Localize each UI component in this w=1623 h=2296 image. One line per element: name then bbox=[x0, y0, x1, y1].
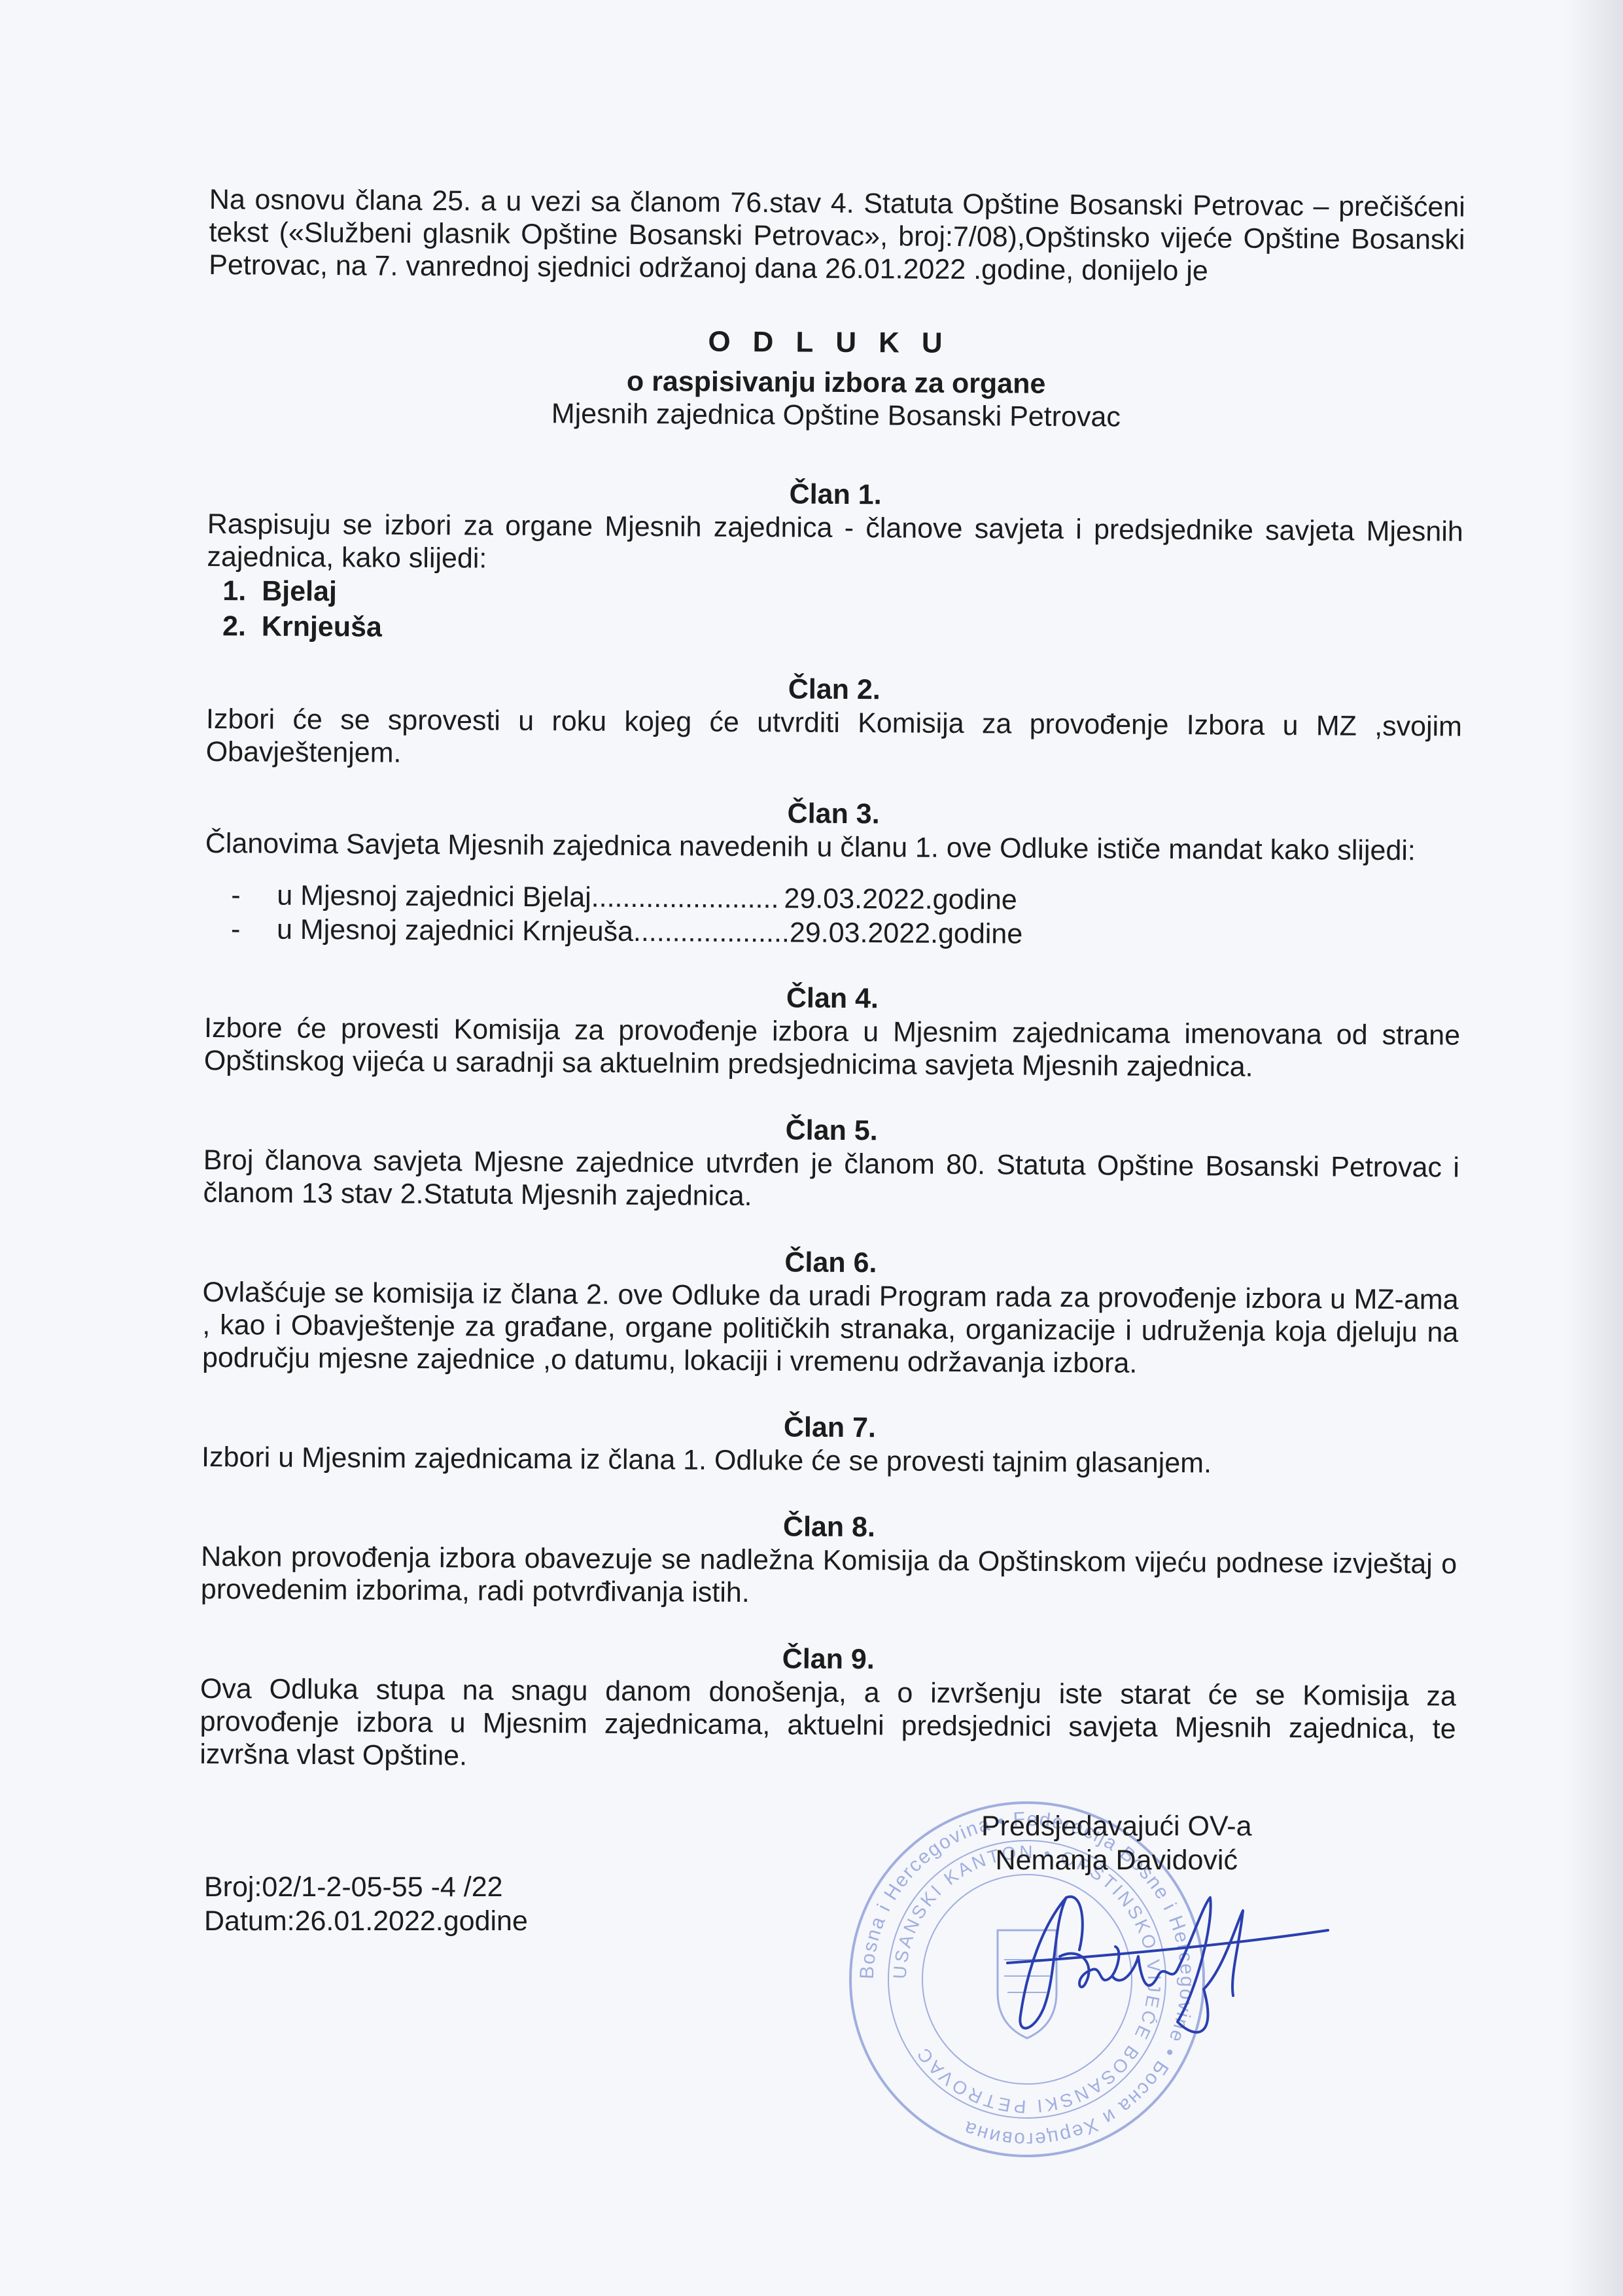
article-1: Član 1. Raspisuju se izbori za organe Mj… bbox=[207, 474, 1464, 652]
article-text: Nakon provođenja izbora obavezuje se nad… bbox=[201, 1540, 1457, 1614]
document-body: Na osnovu člana 25. a u vezi sa članom 7… bbox=[200, 183, 1465, 1803]
article-text: Izbori će se sprovesti u roku kojeg će u… bbox=[206, 703, 1463, 776]
article-text: Ovlašćuje se komisija iz člana 2. ove Od… bbox=[202, 1276, 1459, 1382]
article-2: Član 2. Izbori će se sprovesti u roku ko… bbox=[206, 669, 1463, 776]
article-3: Član 3. Članovima Savjeta Mjesnih zajedn… bbox=[205, 793, 1461, 954]
signature-block: Predsjedavajući OV-a Nemanja Davidović bbox=[981, 1809, 1252, 1877]
article-8: Član 8. Nakon provođenja izbora obavezuj… bbox=[201, 1506, 1457, 1614]
document-subtitle-2: Mjesnih zajednica Opštine Bosanski Petro… bbox=[208, 395, 1464, 436]
article-5: Član 5. Broj članova savjeta Mjesne zaje… bbox=[203, 1110, 1459, 1217]
reference-number: Broj:02/1-2-05-55 -4 /22 bbox=[204, 1870, 528, 1904]
leader-dots: .................... bbox=[633, 915, 790, 949]
article-9: Član 9. Ova Odluka stupa na snagu danom … bbox=[200, 1638, 1456, 1778]
community-list: Bjelaj Krnjeuša bbox=[207, 573, 1463, 652]
preamble: Na osnovu člana 25. a u vezi sa članom 7… bbox=[209, 183, 1465, 289]
dash-bullet: - bbox=[231, 912, 277, 946]
signatory-name: Nemanja Davidović bbox=[981, 1843, 1252, 1877]
leader-dots: ........................ bbox=[591, 881, 779, 916]
article-7: Član 7. Izbori u Mjesnim zajednicama iz … bbox=[201, 1407, 1458, 1481]
document-reference: Broj:02/1-2-05-55 -4 /22 Datum:26.01.202… bbox=[204, 1870, 528, 1938]
article-text: Članovima Savjeta Mjesnih zajednica nave… bbox=[205, 827, 1461, 868]
scan-edge-shadow bbox=[1564, 0, 1623, 2296]
list-item: Krnjeuša bbox=[254, 609, 1463, 651]
mandate-list: - u Mjesnoj zajednici Bjelaj............… bbox=[205, 878, 1461, 954]
article-text: Izbore će provesti Komisija za provođenj… bbox=[204, 1012, 1461, 1085]
dash-bullet: - bbox=[231, 878, 277, 912]
article-text: Ova Odluka stupa na snagu danom donošenj… bbox=[200, 1672, 1456, 1778]
mandate-label: u Mjesnoj zajednici Bjelaj bbox=[277, 879, 591, 915]
handwritten-signature-icon bbox=[981, 1884, 1335, 2055]
article-text: Broj članova savjeta Mjesne zajednice ut… bbox=[203, 1144, 1459, 1217]
article-text: Raspisuju se izbori za organe Mjesnih za… bbox=[207, 508, 1463, 581]
mandate-label: u Mjesnoj zajednici Krnjeuša bbox=[277, 913, 633, 949]
signatory-role: Predsjedavajući OV-a bbox=[981, 1809, 1252, 1843]
article-text: Izbori u Mjesnim zajednicama iz člana 1.… bbox=[201, 1441, 1457, 1481]
mandate-date: 29.03.2022.godine bbox=[784, 881, 1017, 917]
reference-date: Datum:26.01.2022.godine bbox=[204, 1904, 528, 1938]
document-title: ODLUKU bbox=[208, 321, 1464, 365]
list-item: - u Mjesnoj zajednici Krnjeuša..........… bbox=[231, 912, 1461, 953]
article-6: Član 6. Ovlašćuje se komisija iz člana 2… bbox=[202, 1242, 1459, 1382]
article-4: Član 4. Izbore će provesti Komisija za p… bbox=[204, 978, 1461, 1085]
mandate-date: 29.03.2022.godine bbox=[790, 915, 1023, 951]
title-block: ODLUKU o raspisivanju izbora za organe M… bbox=[208, 321, 1465, 436]
